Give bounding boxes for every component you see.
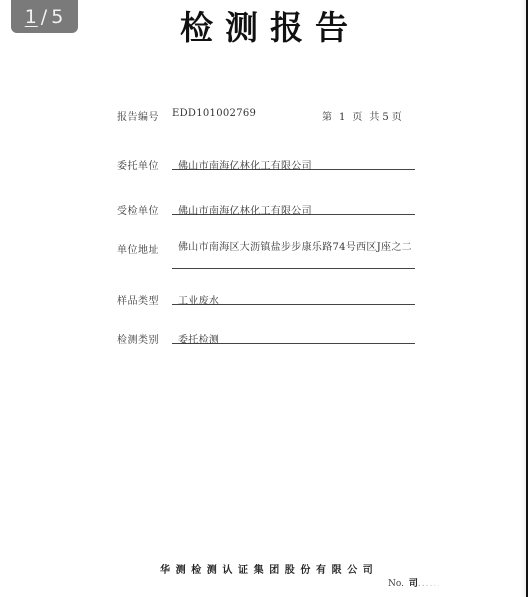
- field-value: 佛山市南海亿林化工有限公司: [178, 157, 312, 172]
- field-value-line: 委托检测: [172, 331, 415, 344]
- field-label: 样品类型: [117, 292, 172, 307]
- serial-number-label: No.: [388, 579, 404, 589]
- field-value: 佛山市南海亿林化工有限公司: [178, 202, 312, 217]
- report-number-value: EDD101002769: [172, 108, 256, 119]
- pagination-info: 第1页共5页: [322, 108, 409, 123]
- field-value: 佛山市南海区大沥镇盐步步康乐路74号西区J座之二: [178, 241, 415, 255]
- issuing-company: 华测检测认证集团股份有限公司: [160, 561, 378, 576]
- field-value: 工业废水: [178, 292, 219, 307]
- field-value-line: 佛山市南海亿林化工有限公司: [172, 157, 415, 170]
- total-prefix: 共: [369, 112, 379, 123]
- total-suffix: 页: [392, 112, 402, 123]
- total-number: 5: [382, 112, 388, 123]
- page-number: 1: [339, 112, 345, 123]
- serial-number-value: 司: [409, 579, 418, 589]
- field-value-line: 佛山市南海区大沥镇盐步步康乐路74号西区J座之二: [172, 241, 415, 269]
- field-value-line: 佛山市南海亿林化工有限公司: [172, 202, 415, 215]
- field-value: 委托检测: [178, 331, 219, 346]
- redaction-blur: [420, 570, 500, 592]
- field-label: 检测类别: [117, 331, 172, 346]
- report-number-label: 报告编号: [117, 108, 172, 123]
- page-suffix: 页: [352, 112, 362, 123]
- field-label: 受检单位: [117, 202, 172, 217]
- document-title: 检测报告: [0, 2, 528, 49]
- field-label: 单位地址: [117, 241, 172, 256]
- field-label: 委托单位: [117, 157, 172, 172]
- field-value-line: 工业废水: [172, 292, 415, 305]
- document-page: 1 / 5 检测报告 报告编号 EDD101002769 第1页共5页 委托单位…: [0, 0, 528, 597]
- page-prefix: 第: [322, 112, 332, 123]
